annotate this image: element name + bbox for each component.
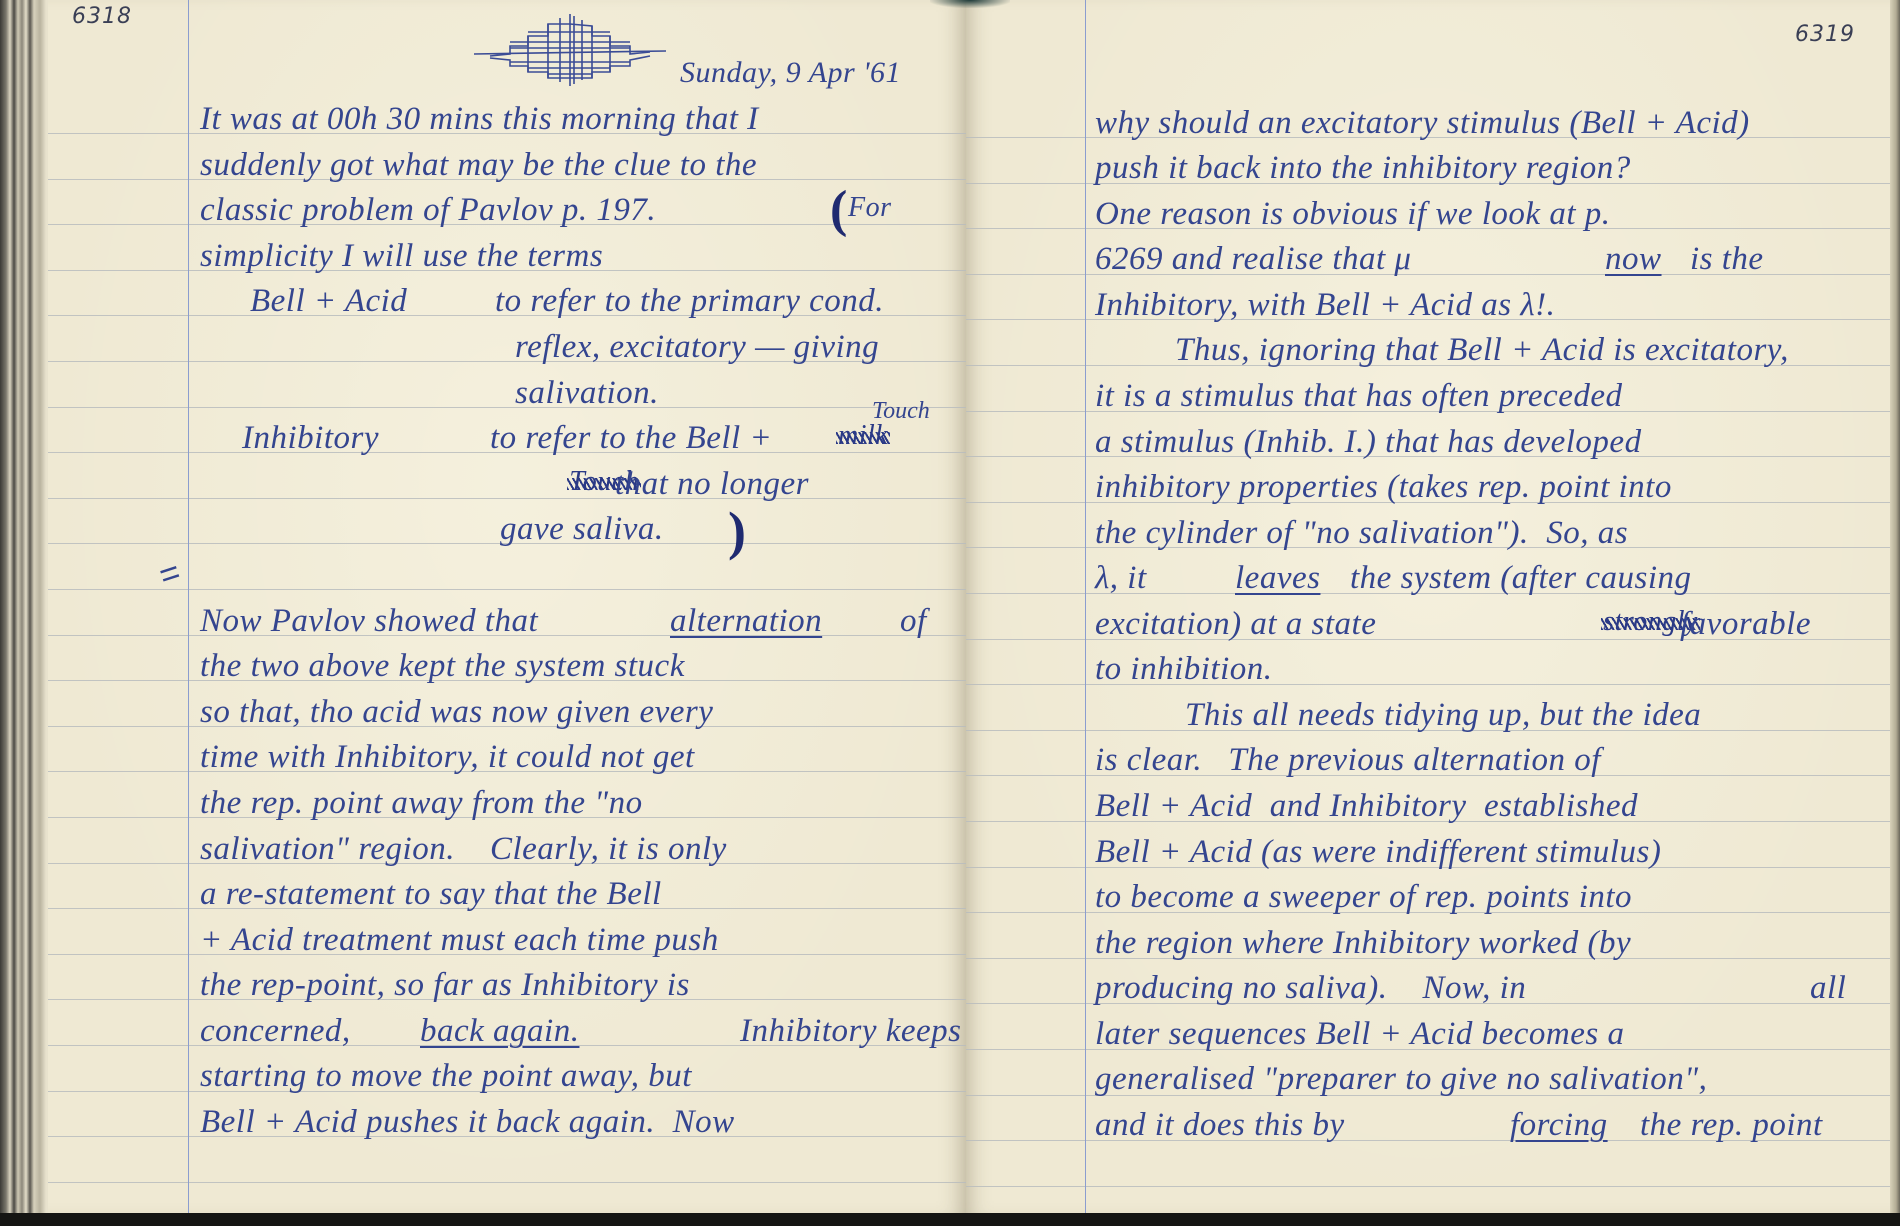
entry-date: Sunday, 9 Apr '61	[680, 58, 901, 88]
right-line-21: later sequences Bell + Acid becomes a	[1095, 1018, 1625, 1051]
right-line-16: Bell + Acid and Inhibitory established	[1095, 790, 1638, 823]
left-line-4: simplicity I will use the terms	[200, 240, 603, 273]
phase-space-sketch-icon	[470, 6, 670, 88]
ruled-line	[48, 407, 966, 408]
right-line-5: Inhibitory, with Bell + Acid as λ!.	[1095, 289, 1555, 322]
left-line-22: Bell + Acid pushes it back again. Now	[200, 1106, 735, 1139]
right-line-17: Bell + Acid (as were indifferent stimulu…	[1095, 836, 1661, 869]
spine-shadow	[930, 0, 1010, 8]
left-line-9: that no longer	[615, 468, 809, 501]
for-note: For	[848, 194, 892, 222]
right-line-11b-underlined: leaves	[1235, 562, 1320, 595]
right-line-15: is clear. The previous alternation of	[1095, 744, 1601, 777]
right-line-23b-underlined: forcing	[1510, 1109, 1608, 1142]
close-bracket: )	[728, 500, 746, 562]
left-line-6: reflex, excitatory — giving	[515, 331, 879, 364]
left-line-14: time with Inhibitory, it could not get	[200, 741, 695, 774]
right-line-11a: λ, it	[1095, 562, 1147, 595]
right-line-10: the cylinder of "no salivation"). So, as	[1095, 517, 1628, 550]
left-line-20b-underlined: back again.	[420, 1015, 579, 1048]
right-line-20b: all	[1810, 972, 1846, 1005]
right-line-19: the region where Inhibitory worked (by	[1095, 927, 1631, 960]
left-line-15: the rep. point away from the "no	[200, 787, 643, 820]
left-line-5: to refer to the primary cond.	[495, 285, 884, 318]
left-line-16: salivation" region. Clearly, it is only	[200, 833, 727, 866]
right-line-23c: the rep. point	[1640, 1109, 1823, 1142]
left-line-11a: Now Pavlov showed that	[200, 605, 538, 638]
left-line-19: the rep-point, so far as Inhibitory is	[200, 969, 690, 1002]
page-number-right: 6319	[1795, 22, 1855, 47]
left-line-13: so that, tho acid was now given every	[200, 696, 713, 729]
right-line-23a: and it does this by	[1095, 1109, 1345, 1142]
right-line-2: push it back into the inhibitory region?	[1095, 152, 1631, 185]
right-line-20a: producing no saliva). Now, in	[1095, 972, 1526, 1005]
right-line-13: to inhibition.	[1095, 653, 1273, 686]
right-line-22: generalised "preparer to give no salivat…	[1095, 1063, 1707, 1096]
page-stack-edge	[1890, 0, 1900, 1213]
left-line-8: to refer to the Bell +	[490, 422, 772, 455]
page-number-left: 6318	[72, 4, 132, 29]
left-line-18: + Acid treatment must each time push	[200, 924, 719, 957]
left-line-17: a re-statement to say that the Bell	[200, 878, 662, 911]
right-line-4a: 6269 and realise that μ	[1095, 243, 1412, 276]
left-line-21: starting to move the point away, but	[200, 1060, 692, 1093]
left-line-20a: concerned,	[200, 1015, 351, 1048]
right-line-7: it is a stimulus that has often preceded	[1095, 380, 1623, 413]
right-line-14: This all needs tidying up, but the idea	[1185, 699, 1701, 732]
left-line-11c: of	[900, 605, 927, 638]
ruled-line	[48, 498, 966, 499]
right-line-4b-underlined: now	[1605, 243, 1662, 276]
left-line-1: It was at 00h 30 mins this morning that …	[200, 103, 759, 136]
ruled-line	[966, 1186, 1890, 1187]
left-line-11b-underlined: alternation	[670, 605, 822, 638]
right-line-18: to become a sweeper of rep. points into	[1095, 881, 1632, 914]
left-line-7: salivation.	[515, 377, 659, 410]
term-inhibitory: Inhibitory	[242, 422, 379, 455]
right-line-8: a stimulus (Inhib. I.) that has develope…	[1095, 426, 1642, 459]
ruled-line	[48, 1182, 966, 1183]
left-margin-line	[188, 0, 189, 1213]
right-line-9: inhibitory properties (takes rep. point …	[1095, 471, 1672, 504]
term-bell-acid: Bell + Acid	[250, 285, 407, 318]
left-line-12: the two above kept the system stuck	[200, 650, 685, 683]
right-margin-line	[1085, 0, 1086, 1213]
right-line-4c: is the	[1690, 243, 1764, 276]
right-line-11c: the system (after causing	[1350, 562, 1692, 595]
left-line-20c: Inhibitory keeps	[740, 1015, 962, 1048]
left-line-3: classic problem of Pavlov p. 197.	[200, 194, 656, 227]
right-line-12a: excitation) at a state	[1095, 608, 1376, 641]
touch-insert: Touch	[872, 398, 930, 425]
open-bracket: (	[830, 180, 847, 239]
left-line-2: suddenly got what may be the clue to the	[200, 149, 757, 182]
notebook-binding-edge	[0, 0, 48, 1213]
ruled-line	[48, 589, 966, 590]
left-line-10: gave saliva.	[500, 513, 664, 546]
struck-word: milk	[838, 422, 888, 450]
right-line-12c: favorable	[1680, 608, 1811, 641]
right-line-6: Thus, ignoring that Bell + Acid is excit…	[1175, 334, 1789, 367]
right-line-1: why should an excitatory stimulus (Bell …	[1095, 107, 1750, 140]
right-line-3: One reason is obvious if we look at p.	[1095, 198, 1610, 231]
bottom-background	[0, 1213, 1900, 1226]
